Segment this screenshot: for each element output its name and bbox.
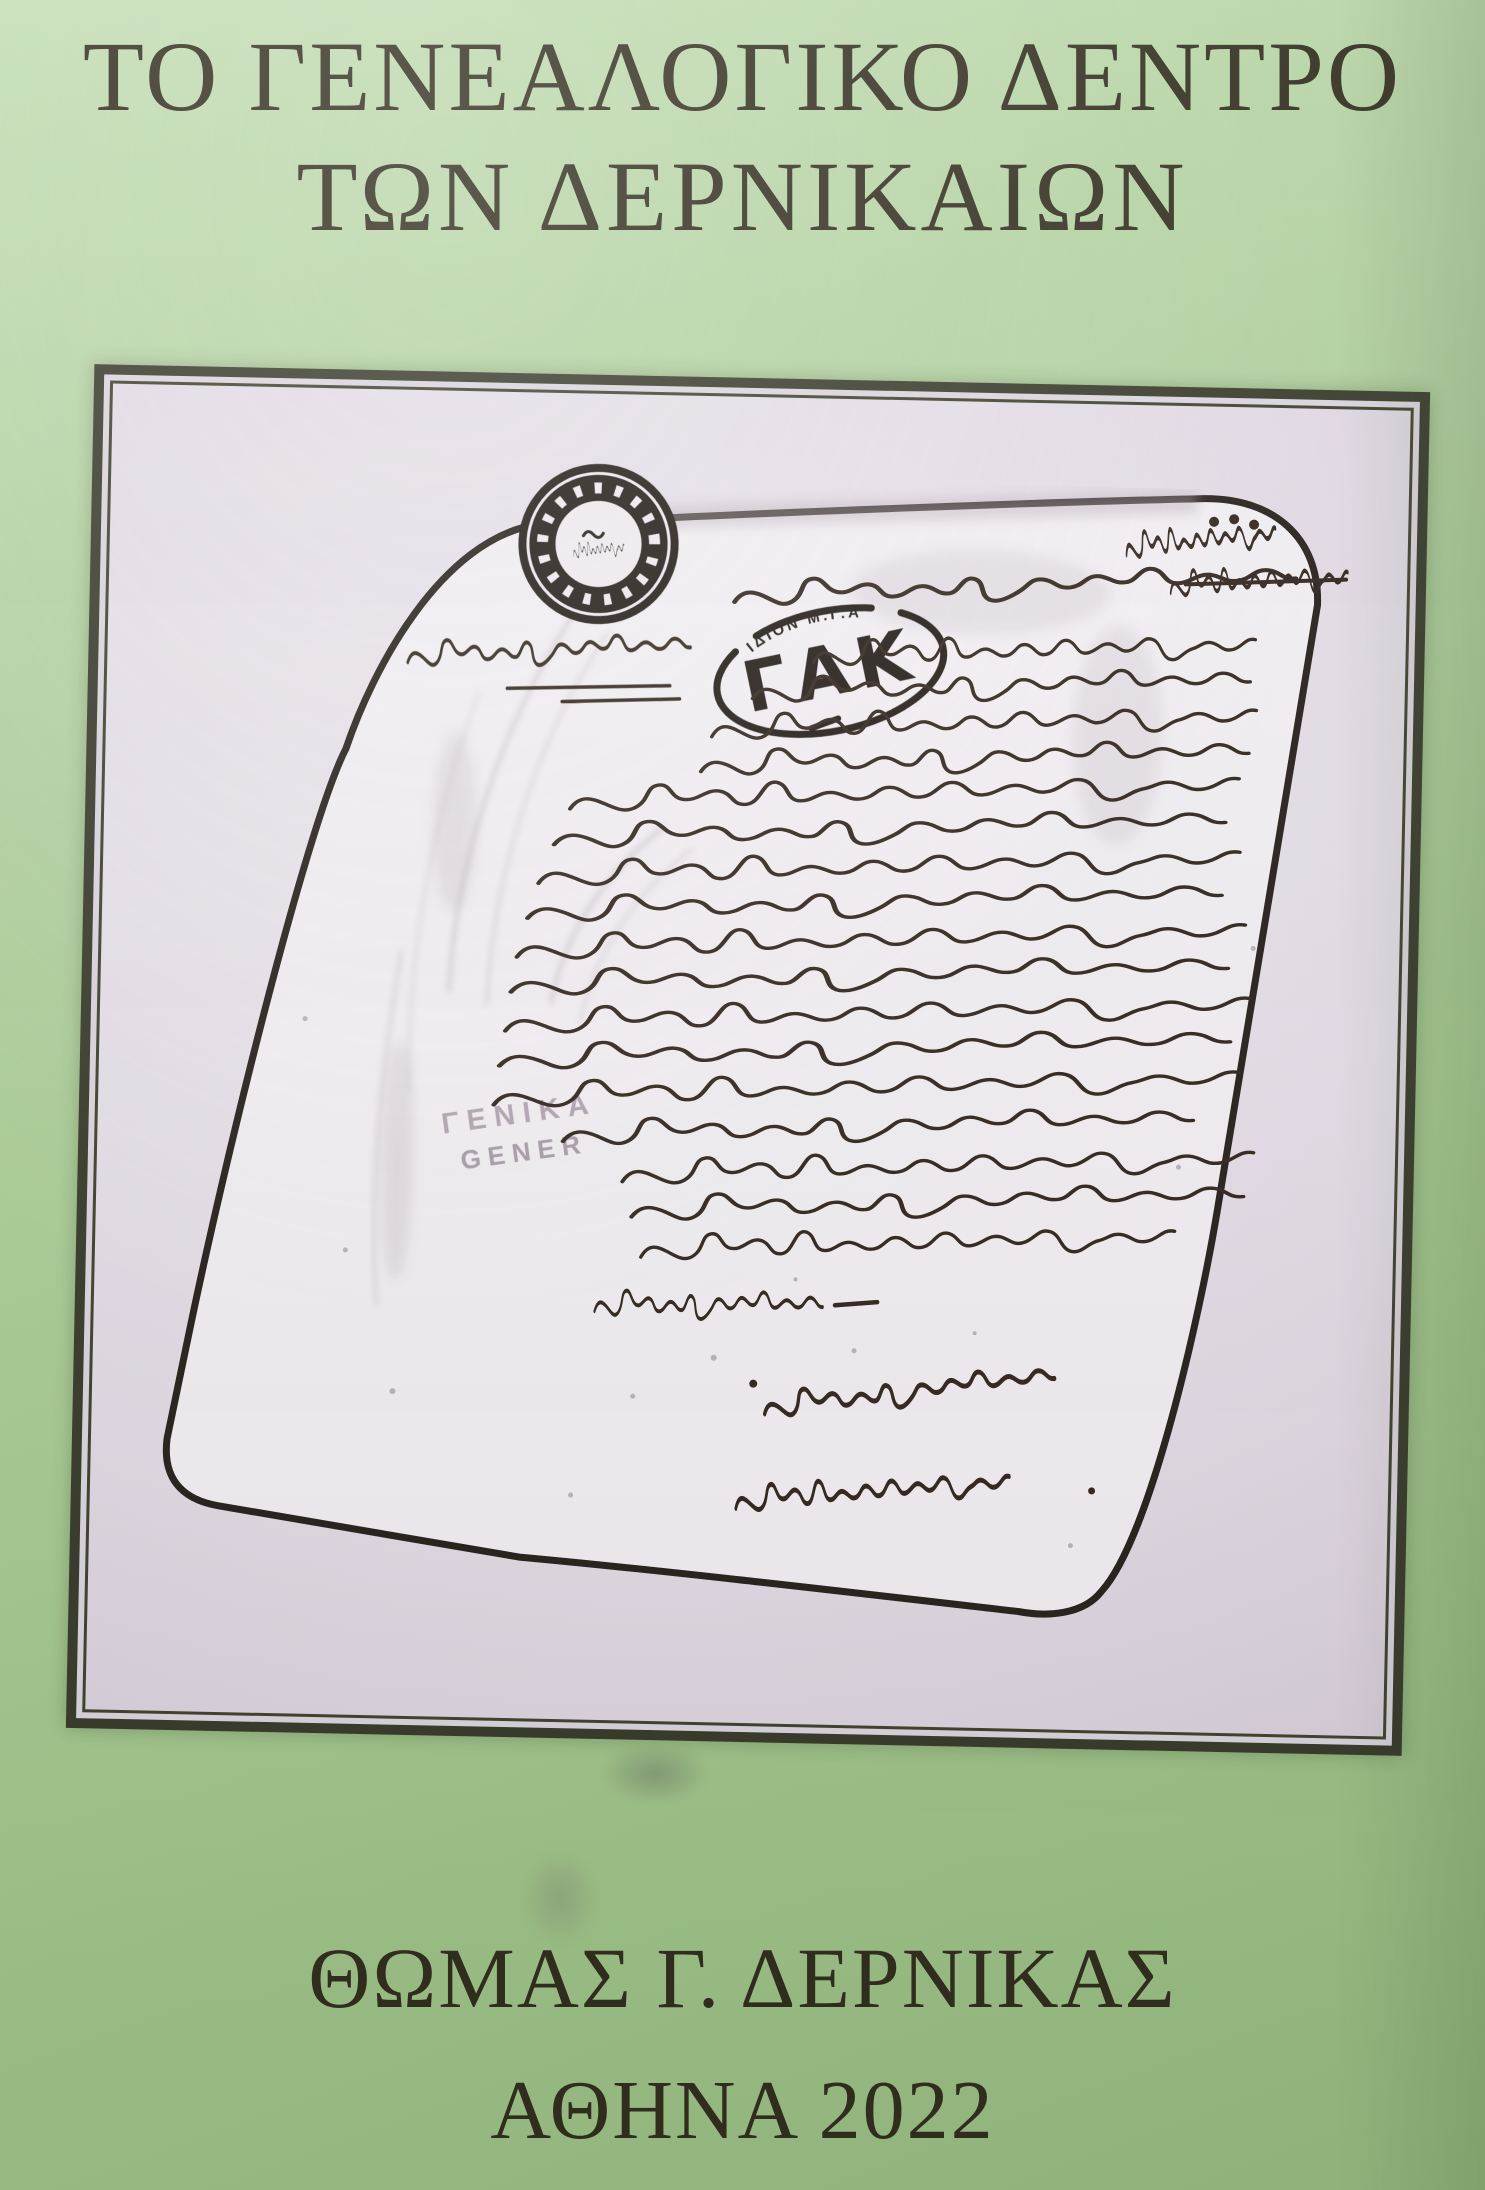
scanned-document-photo: ΓΑΚ ΙΔΙΟΝ Μ.Γ.Α ΓΕΝΙΚΑ GENER (85, 384, 1410, 1737)
document-page: ΓΑΚ ΙΔΙΟΝ Μ.Γ.Α ΓΕΝΙΚΑ GENER (163, 449, 1351, 1620)
imprint-city-year: ΑΘΗΝΑ 2022 (0, 2062, 1485, 2159)
photo-frame: ΓΑΚ ΙΔΙΟΝ Μ.Γ.Α ΓΕΝΙΚΑ GENER (66, 364, 1430, 1756)
photo-frame-inner-line: ΓΑΚ ΙΔΙΟΝ Μ.Γ.Α ΓΕΝΙΚΑ GENER (82, 380, 1414, 1739)
author-name: ΘΩΜΑΣ Γ. ΔΕΡΝΙΚΑΣ (0, 1928, 1485, 2028)
book-title-line2: ΤΩΝ ΔΕΡΝΙΚΑΙΩΝ (0, 138, 1485, 256)
book-cover-photo: { "page_type": "book front cover (photog… (0, 0, 1485, 2190)
photo-frame-gap: ΓΑΚ ΙΔΙΟΝ Μ.Γ.Α ΓΕΝΙΚΑ GENER (76, 374, 1420, 1745)
smudge-mark (600, 1742, 710, 1804)
book-title-line1: ΤΟ ΓΕΝΕΑΛΟΓΙΚΟ ΔΕΝΤΡΟ (0, 16, 1485, 138)
book-title: ΤΟ ΓΕΝΕΑΛΟΓΙΚΟ ΔΕΝΤΡΟ ΤΩΝ ΔΕΡΝΙΚΑΙΩΝ (0, 16, 1485, 256)
